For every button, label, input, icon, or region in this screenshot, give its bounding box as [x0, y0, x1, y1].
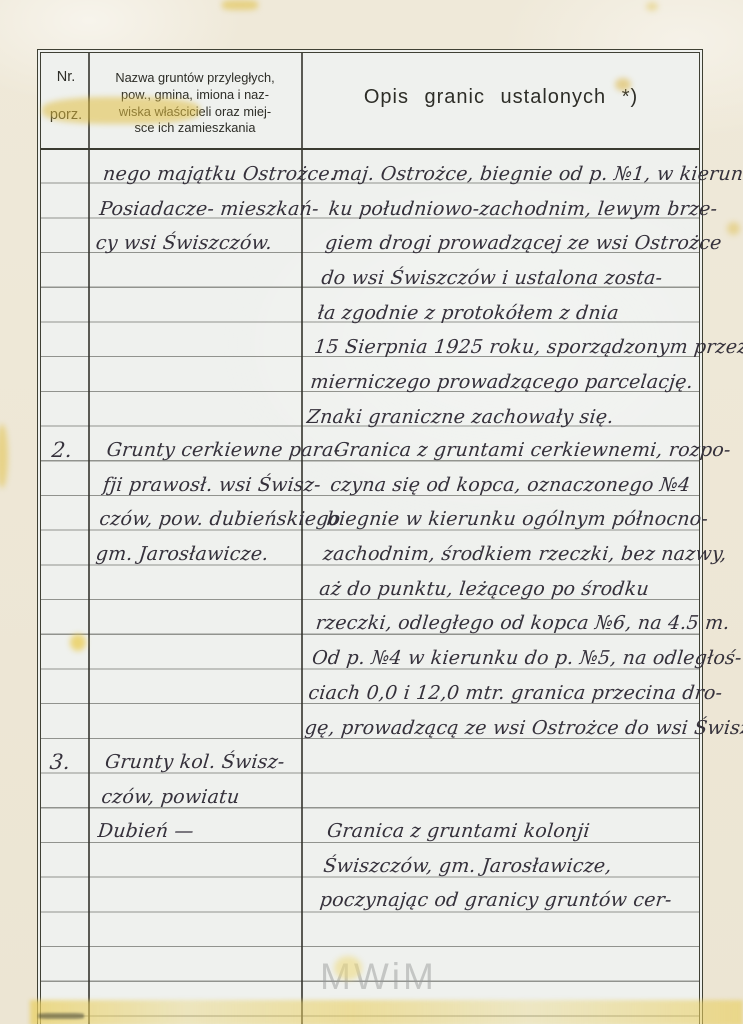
- header-nr-porz: Nr. porz.: [44, 68, 88, 124]
- text-line: maj. Ostrożce, biegnie od p. №1, w kieru…: [331, 157, 743, 192]
- header-gap: [44, 86, 88, 106]
- text-line: biegnie w kierunku ogólnym północno-: [325, 502, 743, 537]
- text-line: czów, powiatu: [100, 780, 283, 815]
- entry-3-name: Grunty kol. Świsz-czów, powiatuDubień —: [96, 745, 286, 849]
- header-description-column: Opis granic ustalonych *): [301, 86, 701, 109]
- text-line: Dubień —: [96, 814, 279, 849]
- header-divider: [41, 148, 699, 150]
- header-name-column: Nazwa gruntów przyległych,pow., gmina, i…: [92, 70, 298, 137]
- text-line: ła zgodnie z protokółem z dnia: [316, 296, 743, 331]
- text-line: Od p. №4 w kierunku do p. №5, na odległo…: [310, 641, 743, 676]
- text-line: gę, prowadzącą ze wsi Ostrożce do wsi Św…: [303, 711, 743, 746]
- text-line: nego majątku Ostrożce.: [101, 157, 338, 192]
- text-line: Nazwa gruntów przyległych,: [92, 70, 298, 87]
- entry-1-name: nego majątku Ostrożce.Posiadacze- mieszk…: [94, 157, 338, 261]
- text-line: ku południowo-zachodnim, lewym brze-: [327, 192, 743, 227]
- entry-1-description: maj. Ostrożce, biegnie od p. №1, w kieru…: [305, 157, 743, 435]
- entry-3-description: Granica z gruntami kolonjiŚwiszczów, gm.…: [318, 814, 681, 918]
- entry-2-description: Granica z gruntami cerkiewnemi, rozpo-cz…: [303, 433, 743, 745]
- text-line: czów, pow. dubieńskiego: [98, 502, 342, 537]
- text-line: do wsi Świszczów i ustalona zosta-: [320, 261, 743, 296]
- entry-2-number: 2.: [50, 433, 74, 468]
- text-line: fji prawosł. wsi Świsz-: [101, 468, 345, 503]
- header-nr-line1: Nr.: [44, 68, 88, 86]
- text-line: Znaki graniczne zachowały się.: [305, 400, 742, 435]
- text-line: 15 Sierpnia 1925 roku, sporządzonym prze…: [312, 330, 743, 365]
- text-line: pow., gmina, imiona i naz-: [92, 87, 298, 104]
- text-line: mierniczego prowadzącego parcelację.: [309, 365, 743, 400]
- header-nr-line2: porz.: [44, 106, 88, 124]
- text-line: Posiadacze- mieszkań-: [98, 192, 335, 227]
- stain: [222, 0, 258, 10]
- text-line: Granica z gruntami kolonji: [325, 814, 680, 849]
- text-line: cy wsi Świszczów.: [94, 226, 331, 261]
- text-line: sce ich zamieszkania: [92, 120, 298, 137]
- entry-2-name: Grunty cerkiewne para-fji prawosł. wsi Ś…: [94, 433, 349, 572]
- scanned-register-page: Nr. porz. Nazwa gruntów przyległych,pow.…: [0, 0, 743, 1024]
- text-line: czyna się od kopca, oznaczonego №4: [329, 468, 743, 503]
- watermark: MWiM: [320, 956, 437, 998]
- text-line: Granica z gruntami cerkiewnemi, rozpo-: [332, 433, 743, 468]
- text-line: rzeczki, odległego od kopca №6, na 4.5 m…: [314, 606, 743, 641]
- text-line: Grunty cerkiewne para-: [105, 433, 349, 468]
- text-line: Świszczów, gm. Jarosławicze,: [322, 849, 677, 884]
- column-divider-1: [88, 53, 90, 1024]
- text-line: zachodnim, środkiem rzeczki, bez nazwy,: [321, 537, 743, 572]
- text-line: wiska właścicieli oraz miej-: [92, 104, 298, 121]
- stain: [0, 424, 8, 488]
- text-line: ciach 0,0 i 12,0 mtr. granica przecina d…: [307, 676, 743, 711]
- text-line: gm. Jarosławicze.: [94, 537, 338, 572]
- text-line: poczynając od granicy gruntów cer-: [318, 883, 673, 918]
- stain: [646, 2, 658, 11]
- text-line: giem drogi prowadzącej ze wsi Ostrożce: [323, 226, 743, 261]
- text-line: Grunty kol. Świsz-: [103, 745, 286, 780]
- entry-3-number: 3.: [48, 745, 72, 780]
- text-line: aż do punktu, leżącego po środku: [318, 572, 743, 607]
